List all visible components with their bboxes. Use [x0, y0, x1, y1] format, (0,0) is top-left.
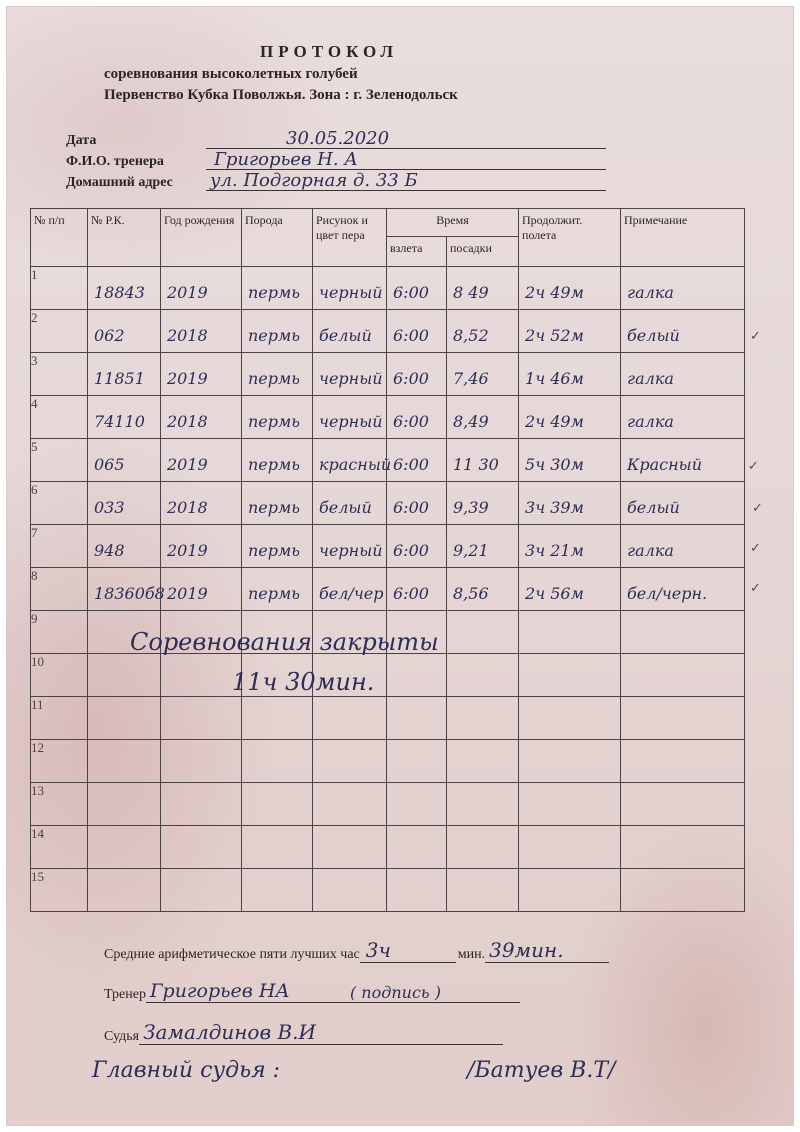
date-label: Дата [66, 133, 206, 149]
average-hours: 3ч [360, 938, 456, 963]
cell-duration: 3ч 21м [519, 525, 621, 568]
cell-breed [242, 783, 313, 826]
cell-note [621, 783, 745, 826]
cell-year-value: 2019 [161, 525, 241, 560]
cell-ring: 948 [88, 525, 161, 568]
cell-duration-value: 1ч 46м [519, 353, 620, 388]
cell-takeoff [387, 869, 447, 912]
cell-takeoff [387, 740, 447, 783]
trainer-value: Григорьев Н. А [214, 149, 358, 170]
cell-year-value [161, 826, 241, 842]
cell-takeoff: 6:00 [387, 310, 447, 353]
cell-color-value: белый [313, 482, 386, 517]
cell-note-value: белый [621, 482, 744, 517]
cell-ring-value: 11851 [88, 353, 160, 388]
document-title: ПРОТОКОЛ [260, 42, 398, 62]
cell-ring: 062 [88, 310, 161, 353]
cell-ring-value: 948 [88, 525, 160, 560]
cell-landing-value [447, 740, 518, 756]
chief-judge-label: Главный судья : [92, 1058, 280, 1083]
cell-note-value [621, 611, 744, 627]
cell-landing-value: 8,56 [447, 568, 518, 603]
cell-landing [447, 611, 519, 654]
cell-breed: пермь [242, 525, 313, 568]
cell-ring-value [88, 740, 160, 756]
cell-ring: 18843 [88, 267, 161, 310]
cell-duration: 5ч 30м [519, 439, 621, 482]
table-row: 60332018пермьбелый6:009,393ч 39мбелый [31, 482, 745, 525]
cell-note-value [621, 869, 744, 885]
col-row-no: № п/п [31, 209, 88, 267]
cell-landing-value [447, 826, 518, 842]
cell-color-value [313, 740, 386, 756]
table-row: 15 [31, 869, 745, 912]
trainer-sign-name: Григорьев НА [146, 980, 350, 1003]
cell-takeoff-value [387, 869, 446, 885]
cell-color [313, 826, 387, 869]
cell-color-value: черный [313, 353, 386, 388]
cell-breed: пермь [242, 439, 313, 482]
cell-ring: 18360б8 [88, 568, 161, 611]
cell-color: черный [313, 525, 387, 568]
cell-landing-value: 8,49 [447, 396, 518, 431]
row-number: 8 [31, 568, 88, 611]
cell-ring: 033 [88, 482, 161, 525]
cell-landing: 8,56 [447, 568, 519, 611]
cell-year [161, 740, 242, 783]
document-subtitle: соревнования высоколетных голубей [104, 66, 358, 83]
cell-ring-value [88, 783, 160, 799]
closing-note-line2: 11ч 30мин. [232, 668, 374, 696]
address-field: Домашний адрес ул. Подгорная д. 33 Б [66, 170, 606, 191]
cell-takeoff-value: 6:00 [387, 482, 446, 517]
table-row: 50652019пермькрасный6:0011 305ч 30мКрасн… [31, 439, 745, 482]
cell-note: галка [621, 396, 745, 439]
row-number: 15 [31, 869, 88, 912]
cell-takeoff-value [387, 740, 446, 756]
cell-ring: 11851 [88, 353, 161, 396]
cell-takeoff-value: 6:00 [387, 310, 446, 345]
cell-year-value: 2019 [161, 267, 241, 302]
table-row: 10 [31, 654, 745, 697]
cell-year-value [161, 740, 241, 756]
cell-breed-value: пермь [242, 439, 312, 474]
cell-color: черный [313, 353, 387, 396]
table-row: 3118512019пермьчерный6:007,461ч 46мгалка [31, 353, 745, 396]
cell-breed-value [242, 697, 312, 713]
address-label: Домашний адрес [66, 175, 206, 191]
cell-ring-value [88, 611, 160, 627]
cell-breed-value: пермь [242, 396, 312, 431]
cell-year: 2019 [161, 267, 242, 310]
cell-takeoff [387, 697, 447, 740]
cell-note: галка [621, 353, 745, 396]
cell-takeoff-value: 6:00 [387, 568, 446, 603]
cell-breed-value: пермь [242, 525, 312, 560]
cell-year: 2019 [161, 568, 242, 611]
cell-ring [88, 783, 161, 826]
col-duration: Продолжит. полета [519, 209, 621, 267]
average-line: Средние арифметическое пяти лучших час 3… [104, 938, 609, 963]
cell-note: галка [621, 267, 745, 310]
cell-landing-value: 11 30 [447, 439, 518, 474]
cell-takeoff-value: 6:00 [387, 353, 446, 388]
cell-ring-value: 065 [88, 439, 160, 474]
cell-ring [88, 826, 161, 869]
cell-landing-value: 9,39 [447, 482, 518, 517]
table-row: 14 [31, 826, 745, 869]
cell-color-value: белый [313, 310, 386, 345]
cell-ring-value: 18843 [88, 267, 160, 302]
cell-takeoff: 6:00 [387, 267, 447, 310]
chief-judge-name: /Батуев В.Т/ [467, 1058, 615, 1083]
checkmark-icon: ✓ [752, 500, 763, 516]
cell-note-value [621, 654, 744, 670]
row-number: 2 [31, 310, 88, 353]
cell-breed-value: пермь [242, 482, 312, 517]
cell-breed: пермь [242, 310, 313, 353]
cell-breed: пермь [242, 353, 313, 396]
cell-color-value [313, 783, 386, 799]
col-note: Примечание [621, 209, 745, 267]
trainer-field: Ф.И.О. тренера Григорьев Н. А [66, 149, 606, 170]
cell-duration-value [519, 697, 620, 713]
cell-year-value [161, 697, 241, 713]
cell-color-value: черный [313, 267, 386, 302]
cell-landing-value [447, 783, 518, 799]
cell-breed-value [242, 740, 312, 756]
cell-duration-value: 2ч 49м [519, 396, 620, 431]
cell-note: белый [621, 310, 745, 353]
cell-duration: 2ч 56м [519, 568, 621, 611]
cell-duration: 1ч 46м [519, 353, 621, 396]
cell-takeoff [387, 783, 447, 826]
cell-note-value: бел/черн. [621, 568, 744, 603]
championship-line: Первенство Кубка Поволжья. Зона : г. Зел… [104, 87, 458, 104]
cell-ring: 065 [88, 439, 161, 482]
cell-note-value [621, 826, 744, 842]
cell-duration-value: 3ч 39м [519, 482, 620, 517]
trainer-signature: ( подпись ) [350, 983, 520, 1003]
cell-year: 2018 [161, 396, 242, 439]
cell-ring [88, 697, 161, 740]
cell-duration-value [519, 740, 620, 756]
col-takeoff: взлета [387, 237, 447, 267]
cell-takeoff-value [387, 654, 446, 670]
cell-year-value: 2019 [161, 353, 241, 388]
cell-duration-value: 2ч 49м [519, 267, 620, 302]
cell-duration-value: 2ч 52м [519, 310, 620, 345]
cell-note-value: галка [621, 525, 744, 560]
cell-color: белый [313, 310, 387, 353]
cell-year [161, 826, 242, 869]
cell-note: белый [621, 482, 745, 525]
table-row: 11 [31, 697, 745, 740]
cell-breed: пермь [242, 267, 313, 310]
minutes-label: мин. [458, 947, 485, 963]
cell-takeoff: 6:00 [387, 439, 447, 482]
cell-note-value: галка [621, 267, 744, 302]
cell-ring-value [88, 697, 160, 713]
cell-landing [447, 697, 519, 740]
chief-judge-line: Главный судья : /Батуев В.Т/ [92, 1058, 615, 1083]
cell-landing-value: 7,46 [447, 353, 518, 388]
cell-landing [447, 740, 519, 783]
cell-color [313, 783, 387, 826]
cell-takeoff: 6:00 [387, 396, 447, 439]
cell-landing-value: 8,52 [447, 310, 518, 345]
cell-note [621, 869, 745, 912]
cell-breed-value [242, 783, 312, 799]
cell-duration [519, 869, 621, 912]
cell-note: Красный [621, 439, 745, 482]
cell-year-value: 2018 [161, 396, 241, 431]
cell-breed: пермь [242, 482, 313, 525]
col-breed: Порода [242, 209, 313, 267]
cell-takeoff-value [387, 611, 446, 627]
cell-breed: пермь [242, 568, 313, 611]
cell-landing: 11 30 [447, 439, 519, 482]
cell-duration [519, 740, 621, 783]
table-row: 79482019пермьчерный6:009,213ч 21мгалка [31, 525, 745, 568]
cell-color-value: черный [313, 525, 386, 560]
cell-duration-value: 2ч 56м [519, 568, 620, 603]
row-number: 4 [31, 396, 88, 439]
cell-note-value: галка [621, 353, 744, 388]
cell-ring [88, 869, 161, 912]
row-number: 10 [31, 654, 88, 697]
cell-ring-value [88, 826, 160, 842]
cell-color-value [313, 869, 386, 885]
judge-signature-line: Судья Замалдинов В.И [104, 1020, 503, 1045]
cell-breed [242, 826, 313, 869]
cell-takeoff: 6:00 [387, 525, 447, 568]
cell-takeoff: 6:00 [387, 568, 447, 611]
row-number: 1 [31, 267, 88, 310]
table-row: 4741102018пермьчерный6:008,492ч 49мгалка [31, 396, 745, 439]
cell-note-value: белый [621, 310, 744, 345]
cell-ring-value: 74110 [88, 396, 160, 431]
cell-landing: 9,39 [447, 482, 519, 525]
cell-color [313, 740, 387, 783]
cell-year [161, 869, 242, 912]
cell-takeoff-value [387, 826, 446, 842]
cell-landing: 7,46 [447, 353, 519, 396]
cell-note [621, 611, 745, 654]
col-landing: посадки [447, 237, 519, 267]
cell-year-value [161, 611, 241, 627]
col-birth-year: Год рождения [161, 209, 242, 267]
cell-note: бел/черн. [621, 568, 745, 611]
cell-duration-value [519, 783, 620, 799]
cell-color: красный [313, 439, 387, 482]
table-row: 1188432019пермьчерный6:008 492ч 49мгалка [31, 267, 745, 310]
cell-landing: 8,52 [447, 310, 519, 353]
cell-landing-value: 8 49 [447, 267, 518, 302]
cell-ring-value: 062 [88, 310, 160, 345]
cell-takeoff-value: 6:00 [387, 396, 446, 431]
cell-year [161, 697, 242, 740]
cell-color [313, 869, 387, 912]
cell-color: черный [313, 396, 387, 439]
address-value: ул. Подгорная д. 33 Б [210, 170, 418, 191]
cell-year-value: 2018 [161, 310, 241, 345]
cell-breed-value [242, 869, 312, 885]
row-number: 6 [31, 482, 88, 525]
cell-note [621, 740, 745, 783]
cell-takeoff-value: 6:00 [387, 439, 446, 474]
cell-takeoff: 6:00 [387, 353, 447, 396]
cell-duration [519, 697, 621, 740]
cell-duration [519, 826, 621, 869]
cell-duration: 2ч 49м [519, 267, 621, 310]
judge-label: Судья [104, 1029, 139, 1045]
cell-color: бел/чер [313, 568, 387, 611]
cell-ring-value: 033 [88, 482, 160, 517]
cell-year: 2019 [161, 439, 242, 482]
cell-color [313, 697, 387, 740]
cell-color-value: красный [313, 439, 386, 474]
cell-note-value [621, 697, 744, 713]
cell-note-value [621, 783, 744, 799]
cell-landing: 9,21 [447, 525, 519, 568]
cell-duration-value: 3ч 21м [519, 525, 620, 560]
table-row: 13 [31, 783, 745, 826]
row-number: 9 [31, 611, 88, 654]
trainer-sign-label: Тренер [104, 987, 146, 1003]
cell-breed-value: пермь [242, 267, 312, 302]
cell-takeoff-value: 6:00 [387, 525, 446, 560]
cell-note-value: галка [621, 396, 744, 431]
cell-landing-value [447, 697, 518, 713]
closing-note-line1: Соревнования закрыты [130, 628, 439, 656]
cell-breed-value: пермь [242, 353, 312, 388]
cell-year: 2019 [161, 525, 242, 568]
cell-note [621, 826, 745, 869]
cell-takeoff [387, 826, 447, 869]
cell-breed [242, 740, 313, 783]
cell-color: белый [313, 482, 387, 525]
cell-color-value [313, 611, 386, 627]
cell-takeoff-value: 6:00 [387, 267, 446, 302]
cell-note-value [621, 740, 744, 756]
cell-year-value: 2019 [161, 439, 241, 474]
cell-color-value: черный [313, 396, 386, 431]
cell-note: галка [621, 525, 745, 568]
cell-year [161, 654, 242, 697]
cell-duration-value [519, 611, 620, 627]
trainer-label: Ф.И.О. тренера [66, 154, 206, 170]
cell-duration [519, 783, 621, 826]
cell-duration: 2ч 52м [519, 310, 621, 353]
cell-takeoff: 6:00 [387, 482, 447, 525]
judge-name: Замалдинов В.И [139, 1020, 503, 1045]
cell-landing-value [447, 869, 518, 885]
cell-year-value: 2019 [161, 568, 241, 603]
col-pattern-color: Рисунок и цвет пера [313, 209, 387, 267]
cell-year-value [161, 654, 241, 670]
cell-takeoff-value [387, 697, 446, 713]
cell-duration-value [519, 869, 620, 885]
cell-landing [447, 826, 519, 869]
cell-year: 2019 [161, 353, 242, 396]
date-field: Дата 30.05.2020 [66, 128, 606, 149]
cell-note-value: Красный [621, 439, 744, 474]
cell-ring-value [88, 869, 160, 885]
average-minutes: 39мин. [485, 938, 609, 963]
cell-duration [519, 654, 621, 697]
checkmark-icon: ✓ [750, 580, 761, 596]
cell-landing-value: 9,21 [447, 525, 518, 560]
cell-color-value: бел/чер [313, 568, 386, 603]
cell-breed [242, 697, 313, 740]
cell-duration: 3ч 39м [519, 482, 621, 525]
cell-landing-value [447, 654, 518, 670]
cell-color: черный [313, 267, 387, 310]
cell-duration-value [519, 826, 620, 842]
cell-year: 2018 [161, 310, 242, 353]
cell-ring-value [88, 654, 160, 670]
cell-note [621, 697, 745, 740]
cell-year-value [161, 783, 241, 799]
cell-color-value [313, 697, 386, 713]
trainer-signature-line: Тренер Григорьев НА ( подпись ) [104, 980, 520, 1003]
cell-landing [447, 783, 519, 826]
row-number: 13 [31, 783, 88, 826]
cell-takeoff-value [387, 783, 446, 799]
row-number: 11 [31, 697, 88, 740]
cell-breed [242, 869, 313, 912]
cell-year-value: 2018 [161, 482, 241, 517]
cell-landing: 8,49 [447, 396, 519, 439]
row-number: 12 [31, 740, 88, 783]
col-time: Время [387, 209, 519, 237]
cell-breed-value: пермь [242, 568, 312, 603]
cell-landing [447, 654, 519, 697]
row-number: 7 [31, 525, 88, 568]
cell-ring-value: 18360б8 [88, 568, 160, 603]
cell-color-value [313, 826, 386, 842]
cell-landing-value [447, 611, 518, 627]
cell-ring [88, 740, 161, 783]
cell-duration-value [519, 654, 620, 670]
cell-duration: 2ч 49м [519, 396, 621, 439]
average-label: Средние арифметическое пяти лучших час [104, 947, 360, 963]
cell-ring [88, 654, 161, 697]
cell-takeoff [387, 654, 447, 697]
row-number: 14 [31, 826, 88, 869]
results-table: № п/п № Р.К. Год рождения Порода Рисунок… [30, 208, 745, 912]
cell-year: 2018 [161, 482, 242, 525]
cell-note [621, 654, 745, 697]
table-row: 12 [31, 740, 745, 783]
cell-breed-value [242, 611, 312, 627]
checkmark-icon: ✓ [750, 328, 761, 344]
cell-ring: 74110 [88, 396, 161, 439]
cell-year [161, 783, 242, 826]
date-value: 30.05.2020 [286, 128, 389, 149]
cell-breed-value [242, 826, 312, 842]
checkmark-icon: ✓ [750, 540, 761, 556]
cell-landing [447, 869, 519, 912]
table-row: 20622018пермьбелый6:008,522ч 52мбелый [31, 310, 745, 353]
table-row: 818360б82019пермьбел/чер6:008,562ч 56мбе… [31, 568, 745, 611]
cell-breed-value: пермь [242, 310, 312, 345]
cell-duration [519, 611, 621, 654]
cell-duration-value: 5ч 30м [519, 439, 620, 474]
cell-landing: 8 49 [447, 267, 519, 310]
checkmark-icon: ✓ [748, 458, 759, 474]
